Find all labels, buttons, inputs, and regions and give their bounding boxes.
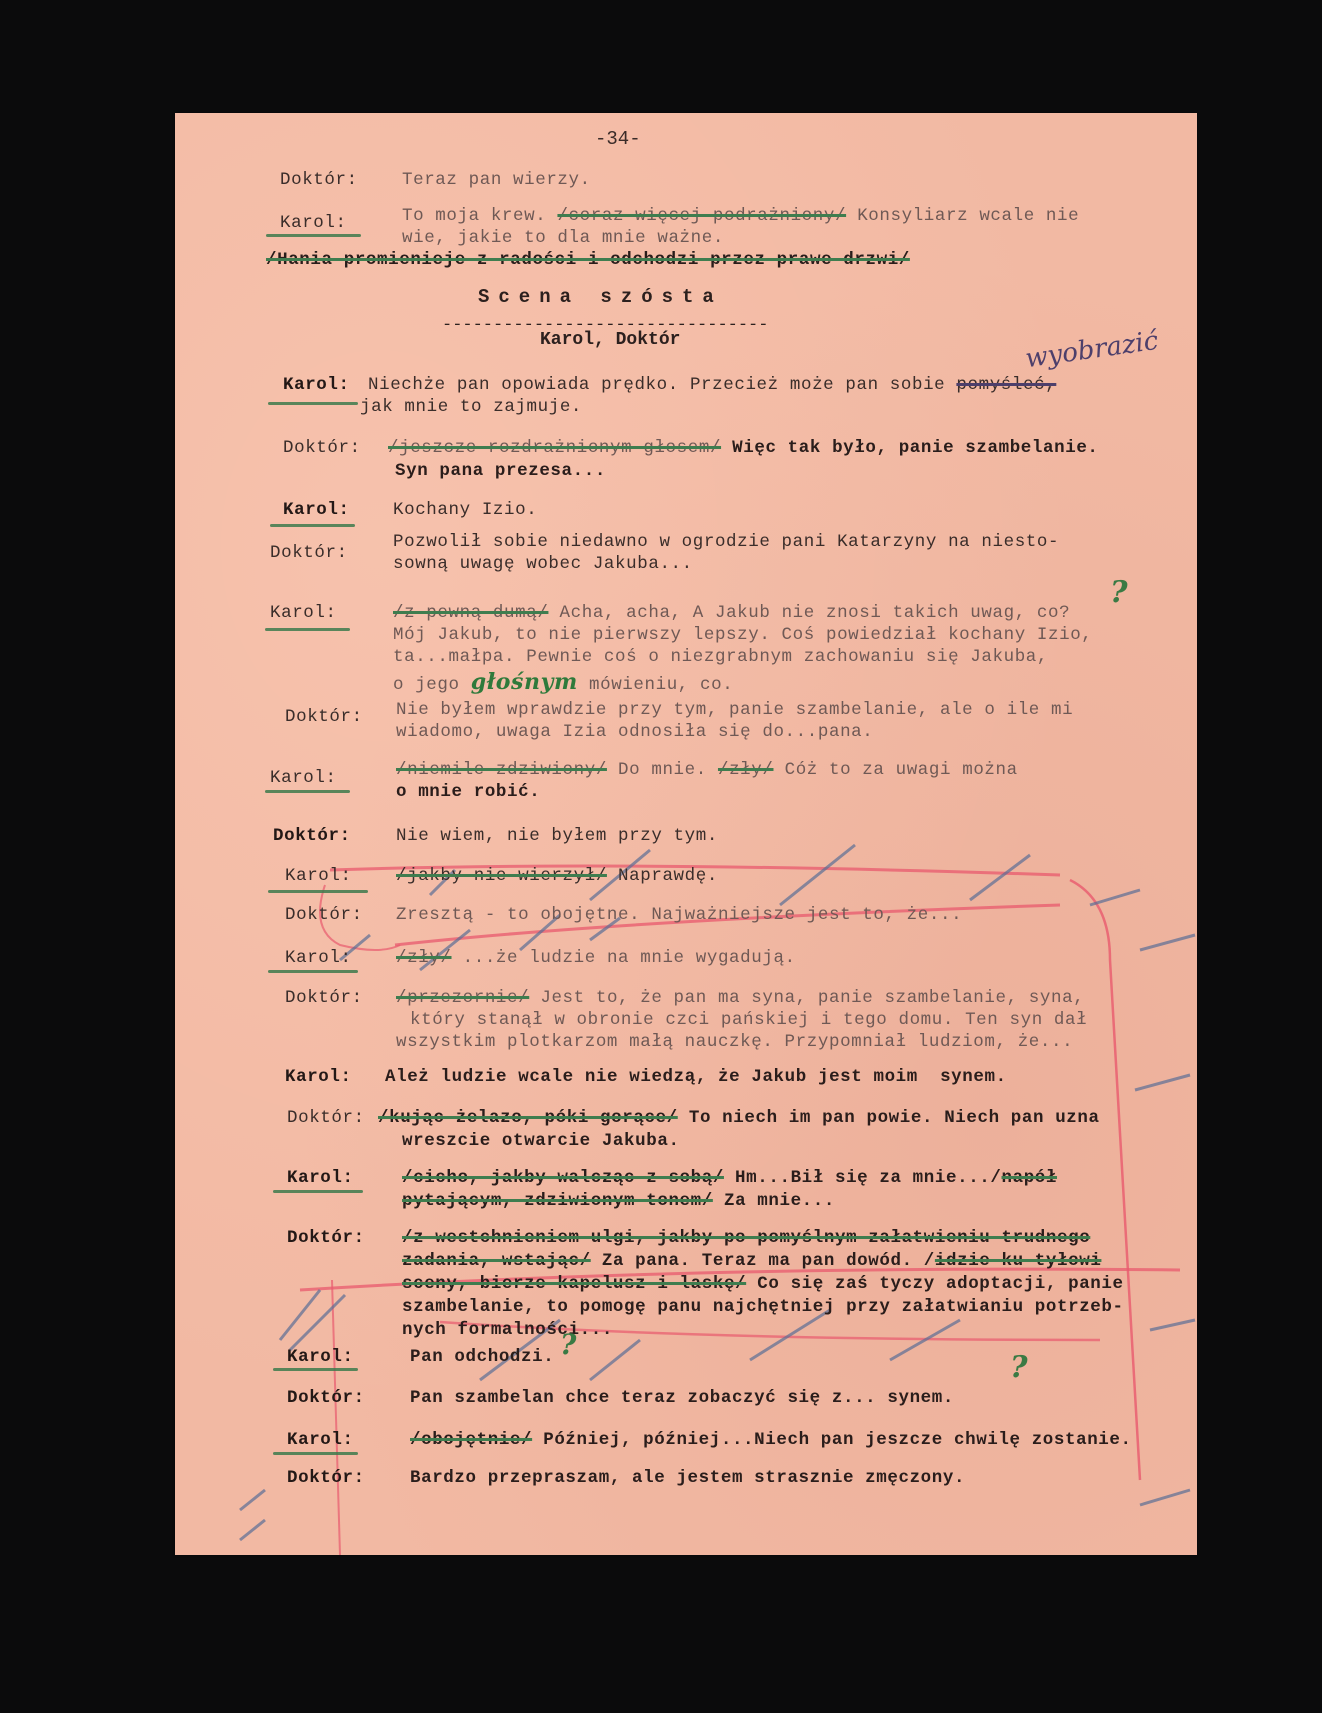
speaker-label: Doktór: [285,707,363,727]
dialogue-continuation: nych formalności... [402,1320,613,1340]
dialogue-continuation: o mnie robić. [396,782,540,802]
speaker-label: Doktór: [273,826,351,846]
speaker-label: Doktór: [283,438,361,458]
question-mark-annotation: ? [1110,575,1128,610]
dialogue-line: /jeszcze rozdrażnionym głosem/ Więc tak … [388,438,1099,458]
struck-stage-direction: /Hania promienieje z radości i odchodzi … [266,250,910,270]
dialogue-line: Pozwolił sobie niedawno w ogrodzie pani … [393,532,1059,552]
dialogue-line: /niemile zdziwiony/ Do mnie. /zły/ Cóż t… [396,760,1018,780]
dialogue-continuation: wiadomo, uwaga Izia odnosiła się do...pa… [396,722,873,742]
dialogue-line: Teraz pan wierzy. [402,170,591,190]
scene-title: Scena szósta [478,286,723,308]
page-number: -34- [595,128,641,150]
dialogue-continuation: szambelanie, to pomogę panu najchętniej … [402,1297,1124,1317]
struck-stage-direction: pytającym, zdziwionym tonem/ [402,1191,713,1211]
question-mark-annotation: ? [560,1328,576,1361]
speaker-label: Karol: [280,213,347,233]
dialogue-continuation: wie, jakie to dla mnie ważne. [402,228,724,248]
dialogue-line: Pan szambelan chce teraz zobaczyć się z.… [410,1388,954,1408]
speaker-label: Doktór: [285,988,363,1008]
dialogue-line: Bardzo przepraszam, ale jestem strasznie… [410,1468,965,1488]
green-underline [273,1368,358,1371]
dialogue-line: Pan odchodzi. [410,1347,554,1367]
dialogue-line: Nie wiem, nie byłem przy tym. [396,826,718,846]
dialogue-continuation: jak mnie to zajmuje. [360,397,582,417]
green-underline [266,234,361,237]
dialogue-continuation: o jego głośnym mówieniu, co. [393,669,733,695]
green-underline [265,628,350,631]
struck-stage-direction: /cicho, jakby walcząc z sobą/ [402,1168,724,1188]
dialogue-line: /cicho, jakby walcząc z sobą/ Hm...Bił s… [402,1168,1057,1188]
speaker-label: Karol: [287,1430,354,1450]
dialogue-line: To moja krew. /coraz więcej podrażniony/… [402,206,1079,226]
struck-stage-direction: /z pewną dumą/ [393,603,548,623]
speaker-label: Karol: [270,603,337,623]
struck-word: napół [1002,1168,1058,1188]
green-underline [273,1190,363,1193]
speaker-label: Karol: [285,948,352,968]
struck-stage-direction: /z westchnieniem ulgi, jakby po pomyślny… [402,1228,1090,1248]
dialogue-line: Kochany Izio. [393,500,537,520]
dialogue-line: /jakby nie wierzył/ Naprawdę. [396,866,718,886]
dialogue-line: /z pewną dumą/ Acha, acha, A Jakub nie z… [393,603,1070,623]
struck-stage-direction: /obojętnie/ [410,1430,532,1450]
dialogue-continuation: sowną uwagę wobec Jakuba... [393,554,693,574]
speaker-label: Karol: [283,500,350,520]
speaker-label: Karol: [283,375,350,395]
struck-word: /zły/ [396,948,452,968]
speaker-label: Doktór: [287,1108,365,1128]
dialogue-continuation: ta...małpa. Pewnie coś o niezgrabnym zac… [393,647,1048,667]
dialogue-line: /z westchnieniem ulgi, jakby po pomyślny… [402,1228,1090,1248]
dialogue-continuation: pytającym, zdziwionym tonem/ Za mnie... [402,1191,835,1211]
green-underline [268,402,358,405]
speaker-label: Doktór: [287,1468,365,1488]
handwritten-insertion: głośnym [471,669,578,695]
dialogue-line: /przezornie/ Jest to, że pan ma syna, pa… [396,988,1084,1008]
struck-stage-direction: /przezornie/ [396,988,529,1008]
speaker-label: Karol: [270,768,337,788]
speaker-label: Doktór: [280,170,358,190]
green-underline [273,1452,358,1455]
dialogue-line: Ależ ludzie wcale nie wiedzą, że Jakub j… [385,1067,1007,1087]
dialogue-line: /zły/ ...że ludzie na mnie wygadują. [396,948,796,968]
speaker-label: Karol: [287,1347,354,1367]
dialogue-line: Niechże pan opowiada prędko. Przecież mo… [368,375,1056,395]
green-underline [265,790,350,793]
scene-cast: Karol, Doktór [540,330,680,350]
dialogue-continuation: wreszcie otwarcie Jakuba. [402,1131,680,1151]
speaker-label: Doktór: [285,905,363,925]
speaker-label: Karol: [285,866,352,886]
struck-stage-direction: /coraz więcej podrażniony/ [557,206,846,226]
speaker-label: Karol: [285,1067,352,1087]
dialogue-line: /obojętnie/ Później, później...Niech pan… [410,1430,1132,1450]
green-underline [268,890,368,893]
speaker-label: Karol: [287,1168,354,1188]
speaker-label: Doktór: [270,543,348,563]
struck-stage-direction: /kując żelazo, póki gorące/ [378,1108,678,1128]
green-underline [268,970,358,973]
dialogue-line: Zresztą - to obojętne. Najważniejsze jes… [396,905,962,925]
struck-word: pomyśleć, [956,375,1056,395]
struck-stage-direction: /jeszcze rozdrażnionym głosem/ [388,438,721,458]
dialogue-continuation: sceny, bierze kapelusz i laskę/ Co się z… [402,1274,1124,1294]
dialogue-line: /kując żelazo, póki gorące/ To niech im … [378,1108,1100,1128]
dialogue-continuation: Syn pana prezesa... [395,461,606,481]
question-mark-annotation: ? [1010,1350,1028,1385]
dialogue-continuation: który stanął w obronie czci pańskiej i t… [410,1010,1087,1030]
dialogue-line: Nie byłem wprawdzie przy tym, panie szam… [396,700,1073,720]
struck-stage-direction: /niemile zdziwiony/ [396,760,607,780]
dialogue-continuation: wszystkim plotkarzom małą nauczkę. Przyp… [396,1032,1073,1052]
speaker-label: Doktór: [287,1228,365,1248]
struck-stage-direction: /jakby nie wierzył/ [396,866,607,886]
speaker-label: Doktór: [287,1388,365,1408]
dialogue-continuation: zadania, wstając/ Za pana. Teraz ma pan … [402,1251,1101,1271]
green-underline [270,524,355,527]
dialogue-continuation: Mój Jakub, to nie pierwszy lepszy. Coś p… [393,625,1092,645]
struck-word: /zły/ [718,760,774,780]
